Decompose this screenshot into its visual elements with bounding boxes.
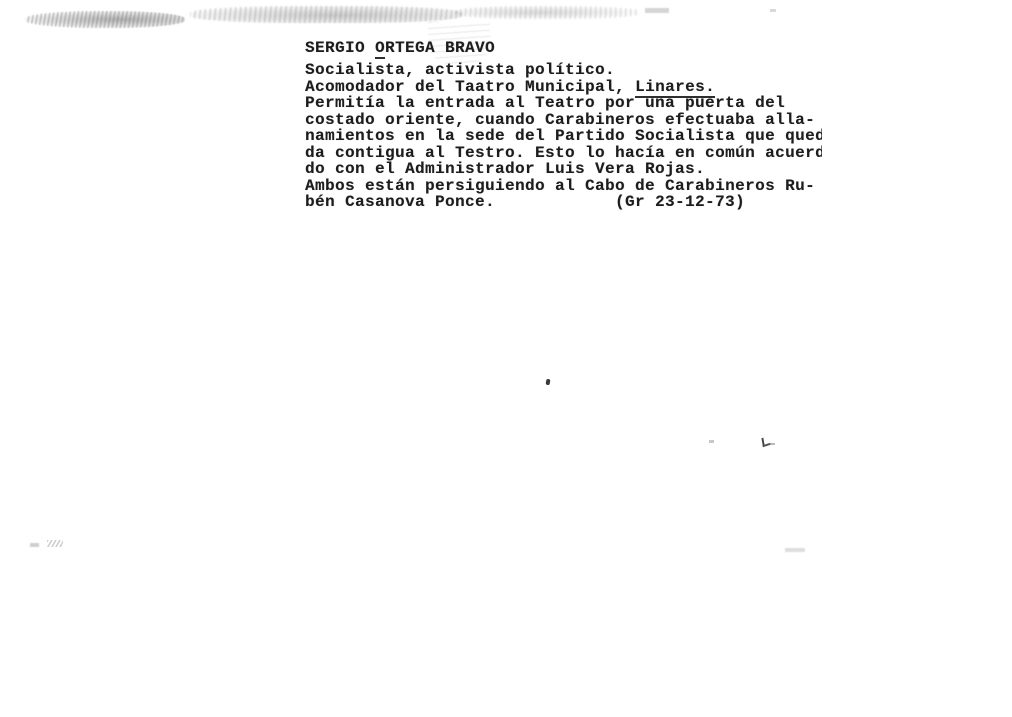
- scan-smudge-right: [455, 6, 640, 19]
- document-line: Acomodador del Taatro Municipal, Linares…: [305, 79, 822, 96]
- scanned-document-page: SERGIO ORTEGA BRAVO Socialista, activist…: [0, 0, 1012, 717]
- scan-speck-bottom-left: [30, 543, 39, 547]
- scan-mark-top-right: [645, 8, 669, 13]
- document-line: Permitía la entrada al Teatro por una pu…: [305, 95, 822, 112]
- document-body: Socialista, activista político. Acomodad…: [305, 62, 822, 211]
- scan-tick-mark: [761, 436, 770, 447]
- scan-smudge-left: [25, 11, 185, 28]
- scan-smudge-middle: [190, 6, 462, 23]
- title-prefix: SERGIO: [305, 39, 375, 57]
- scan-tick-tail: [769, 443, 775, 445]
- scan-smear-bottom-mid: [785, 548, 805, 552]
- document-line: bén Casanova Ponce.(Gr 23-12-73): [305, 194, 822, 211]
- title-suffix: RTEGA BRAVO: [385, 39, 495, 57]
- title-underlined-letter: O: [375, 39, 385, 59]
- reference-code: (Gr 23-12-73): [615, 193, 745, 211]
- line-text: Acomodador del Taatro Municipal,: [305, 78, 635, 96]
- document-line: do con el Administrador Luis Vera Rojas.: [305, 161, 822, 178]
- document-line: namientos en la sede del Partido Sociali…: [305, 128, 822, 145]
- document-title: SERGIO ORTEGA BRAVO: [305, 40, 495, 57]
- document-line: Ambos están persiguiendo al Cabo de Cara…: [305, 178, 822, 195]
- document-line: da contigua al Testro. Esto lo hacía en …: [305, 145, 822, 162]
- line-text: bén Casanova Ponce.: [305, 193, 495, 211]
- scan-speck-faint: [709, 440, 714, 443]
- scan-smear-bottom-left: [47, 540, 63, 547]
- scan-speck-center: [546, 379, 551, 386]
- document-line: costado oriente, cuando Carabineros efec…: [305, 112, 822, 129]
- document-line: Socialista, activista político.: [305, 62, 822, 79]
- scan-dot-top-right: [770, 9, 776, 12]
